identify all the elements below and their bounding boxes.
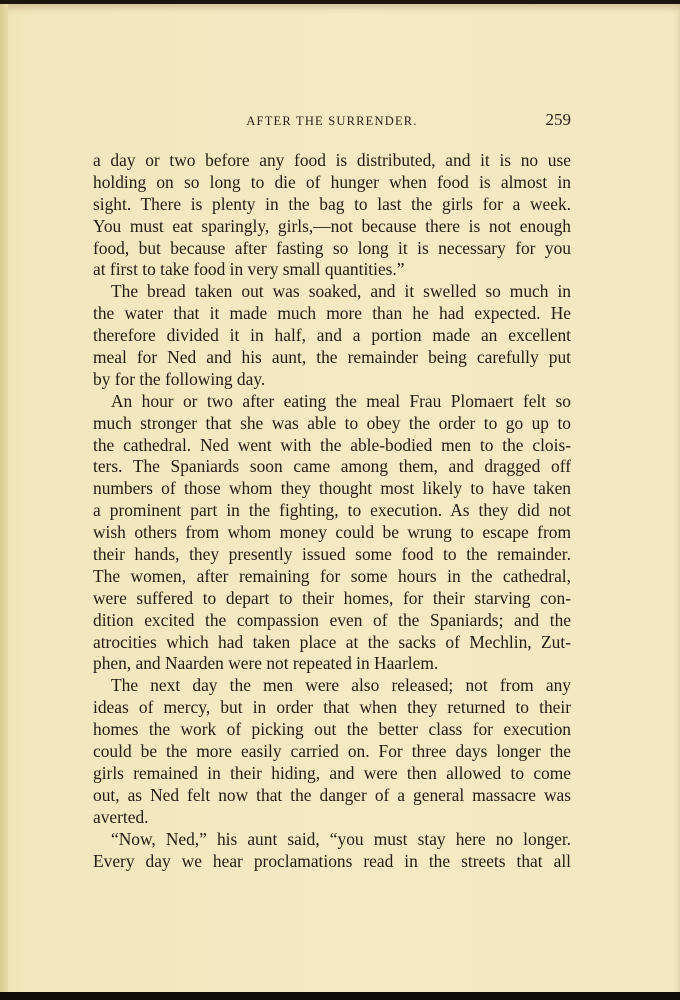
text-line: homes the work of picking out the better… — [93, 719, 571, 741]
text-line: Every day we hear proclamations read in … — [93, 851, 571, 873]
text-line: a prominent part in the fighting, to exe… — [93, 500, 571, 522]
text-line: numbers of those whom they thought most … — [93, 478, 571, 500]
book-bottom-edge — [0, 992, 680, 1000]
paragraph-start: “Now, Ned,” his aunt said, “you must sta… — [93, 829, 571, 851]
body-text: a day or two before any food is distribu… — [93, 150, 571, 872]
text-line: the cathedral. Ned went with the able-bo… — [93, 435, 571, 457]
text-line: meal for Ned and his aunt, the remainder… — [93, 347, 571, 369]
text-line: ideas of mercy, but in order that when t… — [93, 697, 571, 719]
page-number: 259 — [546, 110, 572, 130]
text-line: could be the more easily carried on. For… — [93, 741, 571, 763]
text-line: the water that it made much more than he… — [93, 303, 571, 325]
running-title: AFTER THE SURRENDER. — [93, 114, 571, 129]
text-line: their hands, they presently issued some … — [93, 544, 571, 566]
text-line: atrocities which had taken place at the … — [93, 632, 571, 654]
text-line: much stronger that she was able to obey … — [93, 413, 571, 435]
text-line: food, but because after fasting so long … — [93, 238, 571, 260]
paragraph-start: The next day the men were also released;… — [93, 675, 571, 697]
text-line: ters. The Spaniards soon came among them… — [93, 456, 571, 478]
text-line: by for the following day. — [93, 369, 571, 391]
page-gutter — [0, 4, 8, 994]
text-line: wish others from whom money could be wru… — [93, 522, 571, 544]
book-page: AFTER THE SURRENDER. 259 a day or two be… — [0, 4, 680, 994]
text-line: were suffered to depart to their homes, … — [93, 588, 571, 610]
text-line: holding on so long to die of hunger when… — [93, 172, 571, 194]
text-line: a day or two before any food is distribu… — [93, 150, 571, 172]
text-line: You must eat sparingly, girls,—not becau… — [93, 216, 571, 238]
text-line: therefore divided it in half, and a port… — [93, 325, 571, 347]
text-line: phen, and Naarden were not repeated in H… — [93, 653, 571, 675]
text-line: averted. — [93, 807, 571, 829]
text-line: dition excited the compassion even of th… — [93, 610, 571, 632]
paragraph-start: The bread taken out was soaked, and it s… — [93, 281, 571, 303]
text-line: sight. There is plenty in the bag to las… — [93, 194, 571, 216]
paragraph-start: An hour or two after eating the meal Fra… — [93, 391, 571, 413]
text-line: at first to take food in very small quan… — [93, 259, 571, 281]
text-line: The women, after remaining for some hour… — [93, 566, 571, 588]
text-line: girls remained in their hiding, and were… — [93, 763, 571, 785]
text-line: out, as Ned felt now that the danger of … — [93, 785, 571, 807]
page-header: AFTER THE SURRENDER. 259 — [93, 110, 571, 134]
